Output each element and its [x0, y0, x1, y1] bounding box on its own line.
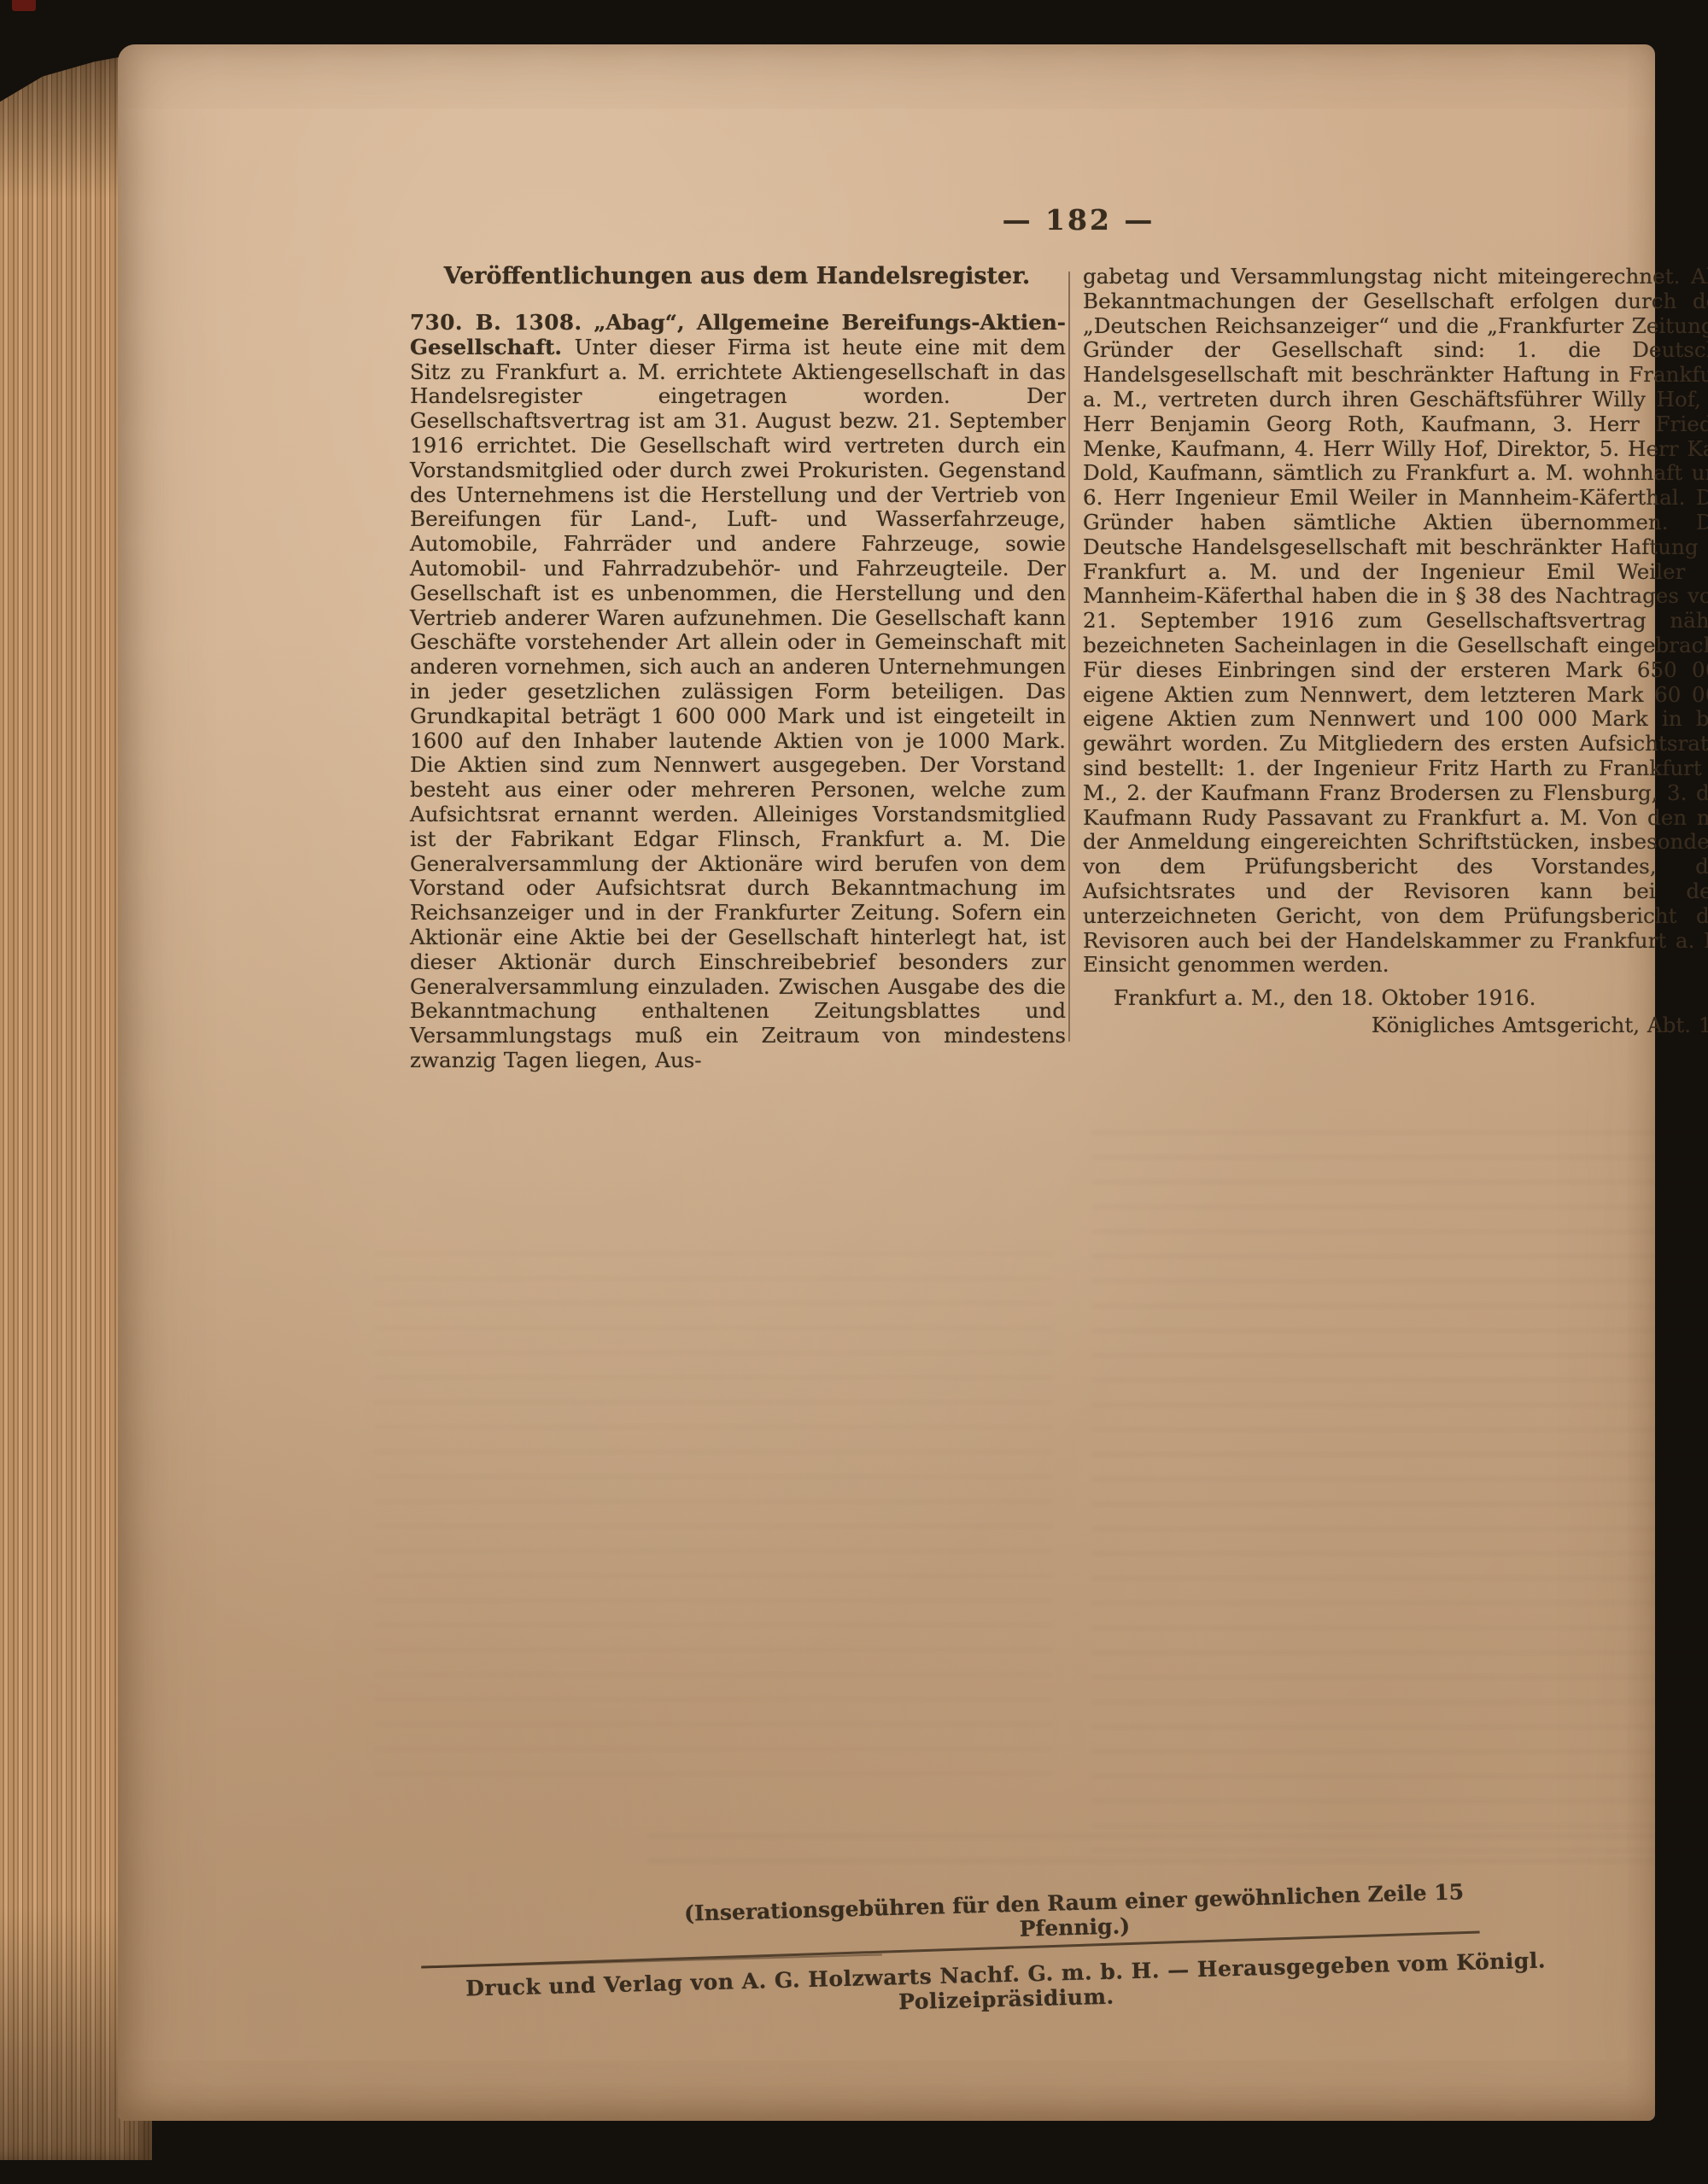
scanned-book-photo: { "colors": { "background": "#14100c", "… [0, 0, 1708, 2184]
scanned-page: — 182 — Veröffentlichungen aus dem Hande… [118, 44, 1655, 2121]
column-divider-rule [1068, 272, 1070, 1042]
left-column: 730. B. 1308. „Abag“, Allgemeine Bereifu… [410, 311, 1066, 1073]
right-column: gabetag und Versammlungstag nicht mitein… [1083, 265, 1708, 1038]
right-column-text: gabetag und Versammlungstag nicht mitein… [1083, 265, 1708, 978]
bleed-through-ghost [647, 1816, 1655, 1877]
left-column-text: Unter dieser Firma ist heute eine mit de… [410, 335, 1066, 1072]
date-line: Frankfurt a. M., den 18. Oktober 1916. [1083, 986, 1708, 1011]
section-title: Veröffentlichungen aus dem Handelsregist… [408, 263, 1066, 289]
bleed-through-ghost [1091, 1116, 1708, 1867]
bleed-through-ghost [374, 1235, 1053, 1790]
footer-fee-notice: (Inserationsgebühren für den Raum einer … [646, 1878, 1501, 1952]
page-number: — 182 — [985, 203, 1173, 237]
page-edge-red-mark [12, 0, 36, 11]
article-paragraph: 730. B. 1308. „Abag“, Allgemeine Bereifu… [410, 311, 1066, 1073]
signature-line: Königliches Amtsgericht, Abt. 16. [1083, 1013, 1708, 1038]
footer-imprint: Druck und Verlag von A. G. Holzwarts Nac… [416, 1947, 1595, 2027]
entry-number: 730. B. 1308. [410, 310, 582, 335]
